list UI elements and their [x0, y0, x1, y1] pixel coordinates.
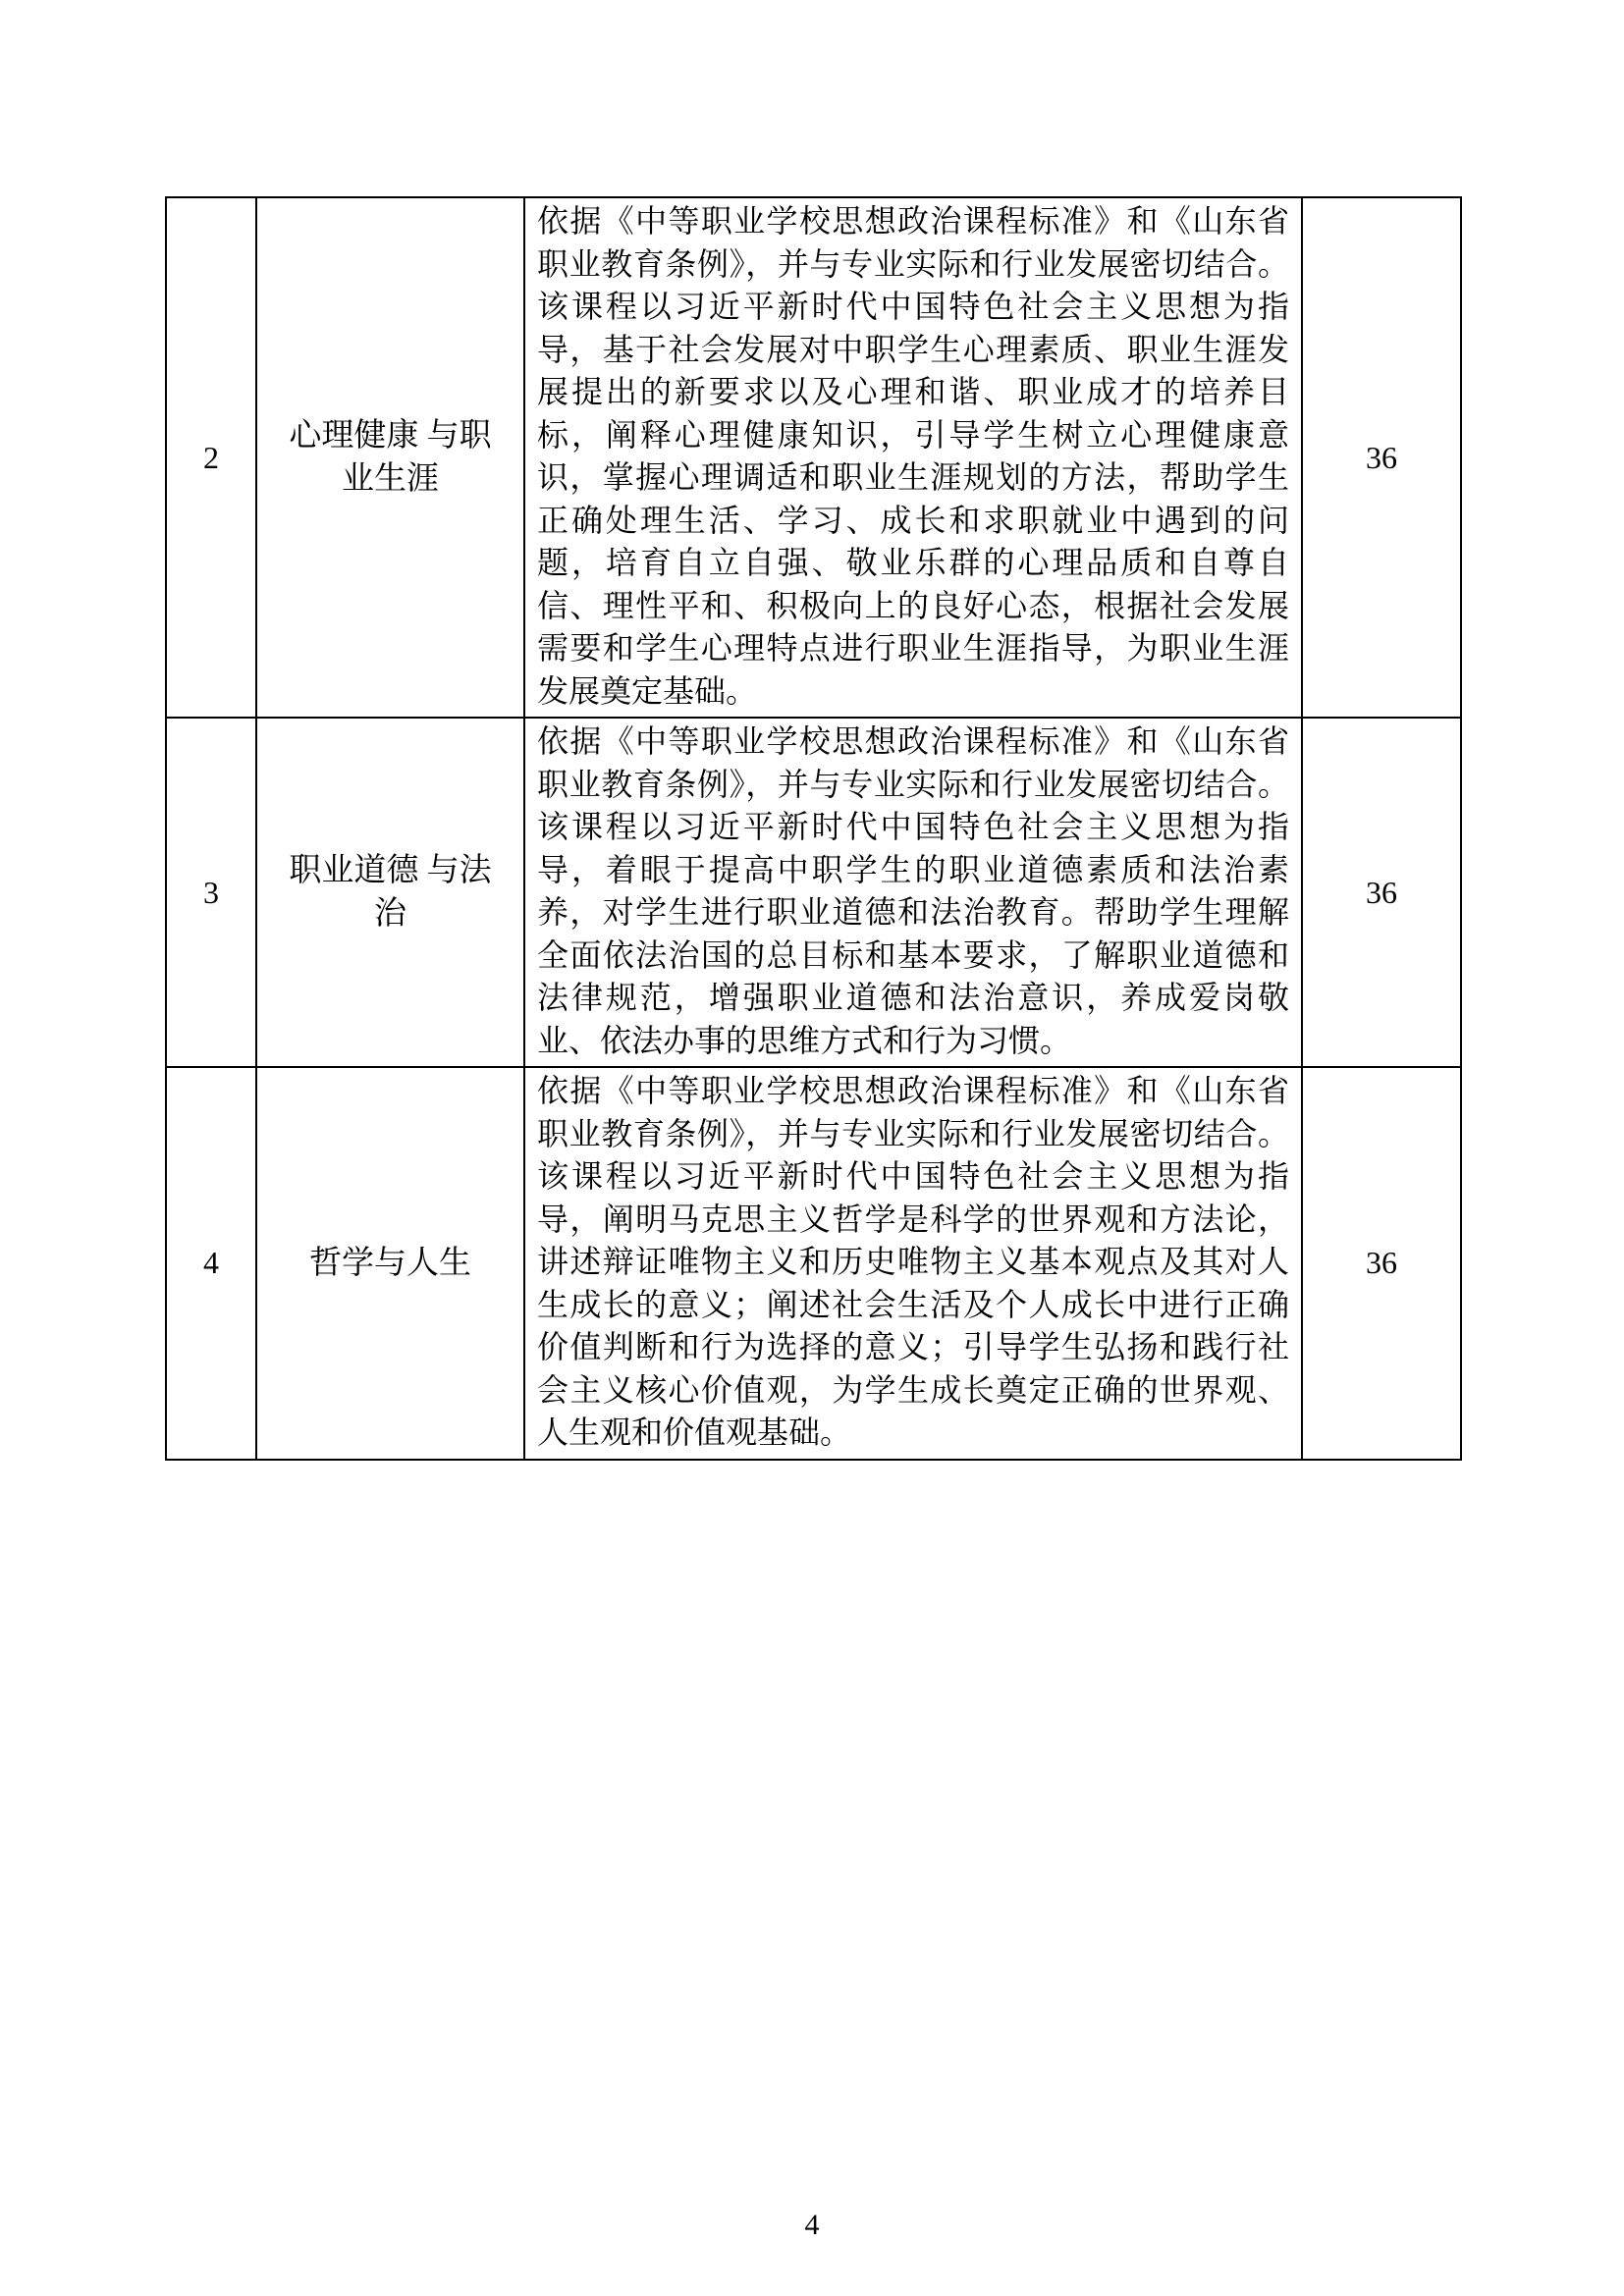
course-hours-cell: 36 [1302, 1067, 1461, 1460]
course-hours-cell: 36 [1302, 197, 1461, 718]
serial-cell: 2 [166, 197, 256, 718]
course-name-cell: 心理健康 与职业生涯 [256, 197, 524, 718]
document-page: 2 心理健康 与职业生涯 依据《中等职业学校思想政治课程标准》和《山东省职业教育… [0, 0, 1624, 2296]
course-name-cell: 职业道德 与法治 [256, 718, 524, 1067]
course-name-cell: 哲学与人生 [256, 1067, 524, 1460]
table-row: 4 哲学与人生 依据《中等职业学校思想政治课程标准》和《山东省职业教育条例》，并… [166, 1067, 1461, 1460]
course-table: 2 心理健康 与职业生涯 依据《中等职业学校思想政治课程标准》和《山东省职业教育… [165, 196, 1462, 1461]
course-description-cell: 依据《中等职业学校思想政治课程标准》和《山东省职业教育条例》，并与专业实际和行业… [524, 718, 1302, 1067]
serial-cell: 4 [166, 1067, 256, 1460]
page-number: 4 [0, 2209, 1624, 2242]
course-hours-cell: 36 [1302, 718, 1461, 1067]
serial-cell: 3 [166, 718, 256, 1067]
course-description-cell: 依据《中等职业学校思想政治课程标准》和《山东省职业教育条例》，并与专业实际和行业… [524, 1067, 1302, 1460]
course-description-cell: 依据《中等职业学校思想政治课程标准》和《山东省职业教育条例》，并与专业实际和行业… [524, 197, 1302, 718]
table-row: 2 心理健康 与职业生涯 依据《中等职业学校思想政治课程标准》和《山东省职业教育… [166, 197, 1461, 718]
table-row: 3 职业道德 与法治 依据《中等职业学校思想政治课程标准》和《山东省职业教育条例… [166, 718, 1461, 1067]
